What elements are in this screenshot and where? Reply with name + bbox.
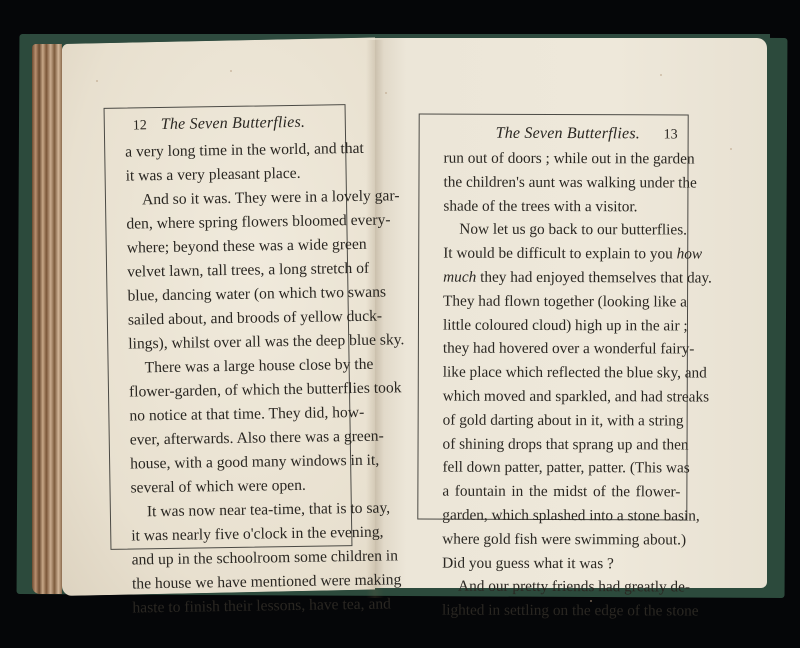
text-line: It was now near tea-time, that is to say… bbox=[131, 497, 343, 524]
text-line: of gold darting about in it, with a stri… bbox=[443, 408, 681, 433]
text-line: blue, dancing water (on which two swans bbox=[127, 281, 339, 308]
text-line: like place which reflected the blue sky,… bbox=[443, 361, 681, 386]
left-running-head: 12 The Seven Butterflies. bbox=[105, 105, 345, 141]
text-line: where gold fish were swimming about.) bbox=[442, 527, 680, 552]
text-line: lings), whilst over all was the deep blu… bbox=[128, 329, 340, 356]
text-line: much they had enjoyed themselves that da… bbox=[443, 266, 681, 291]
text-line: they had hovered over a wonderful fairy- bbox=[443, 337, 681, 362]
text-line: house, with a good many windows in it, bbox=[130, 449, 342, 476]
text-line: haste to finish their lessons, have tea,… bbox=[132, 593, 344, 620]
paper-speck bbox=[730, 148, 732, 150]
running-head-title: The Seven Butterflies. bbox=[496, 125, 640, 144]
text-line: it was a very pleasant place. bbox=[125, 161, 337, 188]
text-line: sailed about, and broods of yellow duck- bbox=[128, 305, 340, 332]
text-line: where; beyond these was a wide green bbox=[127, 233, 339, 260]
text-line: ever, afterwards. Also there was a green… bbox=[130, 425, 342, 452]
text-line: and up in the schoolroom some children i… bbox=[131, 545, 343, 572]
text-line: no notice at that time. They did, how- bbox=[129, 401, 341, 428]
left-page-body: a very long time in the world, and thati… bbox=[105, 137, 353, 621]
text-line: of shining drops that sprang up and then bbox=[443, 432, 681, 457]
text-line: the children's aunt was walking under th… bbox=[443, 170, 681, 195]
paper-speck bbox=[230, 70, 232, 72]
text-line: flower-garden, of which the butterflies … bbox=[129, 377, 341, 404]
text-line: They had flown together (looking like a bbox=[443, 289, 681, 314]
italic-emphasis: much bbox=[443, 269, 480, 286]
text-line: run out of doors ; while out in the gard… bbox=[444, 147, 682, 172]
right-running-head: The Seven Butterflies. 13 bbox=[420, 115, 688, 148]
text-line: garden, which splashed into a stone basi… bbox=[442, 504, 680, 529]
paper-speck bbox=[385, 92, 387, 94]
paper-speck bbox=[660, 74, 662, 76]
text-line: Now let us go back to our butterflies. bbox=[443, 218, 681, 243]
running-head-title: The Seven Butterflies. bbox=[161, 114, 306, 134]
text-line: There was a large house close by the bbox=[128, 353, 340, 380]
page-number: 12 bbox=[133, 118, 147, 134]
text-line: the house we have mentioned were making bbox=[132, 569, 344, 596]
text-line: shade of the trees with a visitor. bbox=[443, 194, 681, 219]
right-page-body: run out of doors ; while out in the gard… bbox=[418, 147, 688, 624]
text-line: a very long time in the world, and that bbox=[125, 137, 337, 164]
text-line: several of which were open. bbox=[130, 473, 342, 500]
text-line: which moved and sparkled, and had streak… bbox=[443, 385, 681, 410]
left-page-text-frame: 12 The Seven Butterflies. a very long ti… bbox=[104, 104, 353, 550]
right-page-text-frame: The Seven Butterflies. 13 run out of doo… bbox=[417, 114, 688, 521]
text-line: It would be difficult to explain to you … bbox=[443, 242, 681, 267]
text-line: fell down patter, patter, patter. (This … bbox=[442, 456, 680, 481]
text-line: And our pretty friends had greatly de- bbox=[442, 575, 680, 600]
text-line: Did you guess what it was ? bbox=[442, 551, 680, 576]
text-line: little coloured cloud) high up in the ai… bbox=[443, 313, 681, 338]
page-number: 13 bbox=[664, 127, 678, 143]
italic-emphasis: how bbox=[677, 246, 703, 263]
text-line: And so it was. They were in a lovely gar… bbox=[126, 185, 338, 212]
paper-speck bbox=[96, 80, 98, 82]
text-line: it was nearly five o'clock in the evenin… bbox=[131, 521, 343, 548]
page-edges bbox=[32, 44, 62, 594]
text-line: a fountain in the midst of the flower- bbox=[442, 480, 680, 505]
text-line: lighted in settling on the edge of the s… bbox=[442, 599, 680, 624]
text-line: velvet lawn, tall trees, a long stretch … bbox=[127, 257, 339, 284]
text-line: den, where spring flowers bloomed every- bbox=[126, 209, 338, 236]
